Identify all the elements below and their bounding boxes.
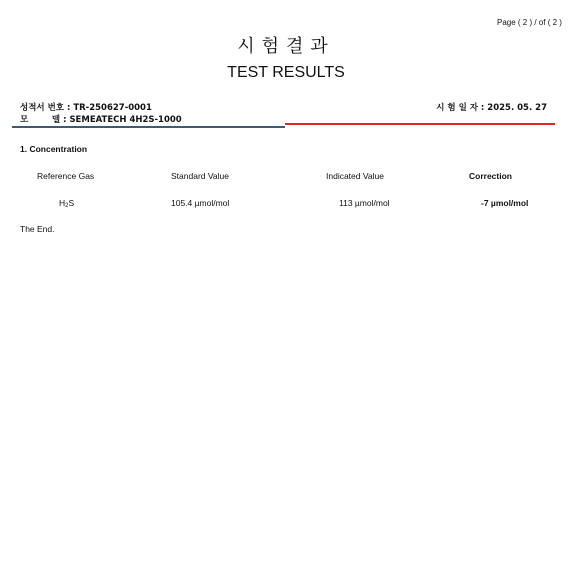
- model-label: 모 델: [20, 115, 60, 125]
- end-marker: The End.: [20, 224, 55, 234]
- standard-value-cell: 105.4 µmol/mol: [171, 198, 229, 208]
- page-title-english: TEST RESULTS: [0, 64, 572, 82]
- header-divider-left: [12, 126, 285, 128]
- column-header-indicated-value: Indicated Value: [326, 171, 384, 181]
- certificate-number-value: TR-250627-0001: [73, 103, 152, 113]
- page-title-korean: 시험결과: [0, 32, 572, 58]
- model-value: SEMEATECH 4H2S-1000: [69, 115, 181, 125]
- reference-gas-cell: H2S: [59, 198, 74, 209]
- separator: :: [478, 103, 487, 113]
- model: 모 델 : SEMEATECH 4H2S-1000: [20, 113, 182, 125]
- correction-cell: -7 µmol/mol: [481, 198, 528, 208]
- separator: :: [64, 103, 73, 113]
- header-divider-right: [285, 123, 555, 125]
- page-indicator: Page ( 2 ) / of ( 2 ): [497, 18, 562, 27]
- column-header-correction: Correction: [469, 171, 512, 181]
- column-header-standard-value: Standard Value: [171, 171, 229, 181]
- test-date-value: 2025. 05. 27: [487, 103, 547, 113]
- test-date-label: 시 험 일 자: [436, 103, 478, 113]
- test-date: 시 험 일 자 : 2025. 05. 27: [436, 101, 547, 113]
- column-header-reference-gas: Reference Gas: [37, 171, 94, 181]
- certificate-number-label: 성적서 번호: [20, 103, 64, 113]
- section-title: 1. Concentration: [20, 144, 87, 154]
- gas-formula-tail: S: [68, 198, 74, 208]
- indicated-value-cell: 113 µmol/mol: [339, 198, 390, 208]
- certificate-number: 성적서 번호 : TR-250627-0001: [20, 101, 152, 113]
